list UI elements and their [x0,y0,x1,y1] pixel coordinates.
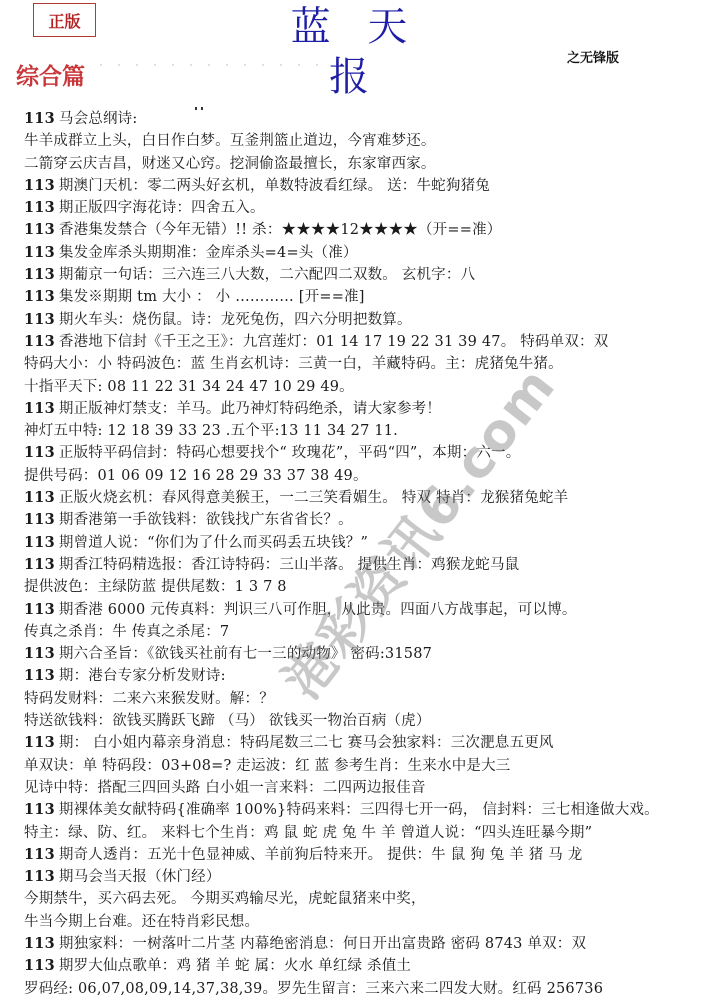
line-text: 期奇人透肖：五光十色显神威、羊前狗后特来开。 提供：牛 鼠 狗 兔 羊 猪 马 … [59,847,583,863]
issue-number: 113 [24,266,55,283]
text-line: 113马会总纲诗: [24,108,714,130]
issue-number: 113 [24,601,55,618]
line-text: 今期禁牛，买六码去死。 今期买鸡输尽光，虎蛇鼠猪来中奖， [24,891,426,907]
line-text: 期澳门天机：零二两头好玄机，单数特波看红绿。 送：牛蛇狗猪兔 [59,178,490,194]
issue-number: 113 [24,534,55,551]
text-line: 见诗中特：搭配三四回头路 白小姐一言来料：二四两边报佳音 [24,777,714,799]
line-text: 期罗大仙点歌单：鸡 猪 羊 蛇 属：火水 单红绿 杀值土 [59,958,411,974]
issue-number: 113 [24,311,55,328]
text-line: 牛羊成群立上头，白日作白梦。互釜荆篮止道边，今宵难梦还。 [24,130,714,152]
issue-number: 113 [24,667,55,684]
issue-number: 113 [24,801,55,818]
line-text: 提供波色：主绿防蓝 提供尾数：1 3 7 8 [24,579,287,595]
line-text: 期香江特码精选报：香江诗特码：三山半落。 提供生肖：鸡猴龙蛇马鼠 [59,557,520,573]
text-line: 特码大小：小 特码波色：蓝 生肖玄机诗：三黄一白，羊藏特码。主：虎猪兔牛猪。 [24,353,714,375]
issue-number: 113 [24,333,55,350]
issue-number: 113 [24,957,55,974]
line-text: 牛羊成群立上头，白日作白梦。互釜荆篮止道边，今宵难梦还。 [24,133,436,149]
text-line: 提供波色：主绿防蓝 提供尾数：1 3 7 8 [24,576,714,598]
text-line: 113集发※期期 tm 大小 ： 小 ………… [开==准] [24,286,714,308]
line-text: 单双诀：单 特码段：03+08=? 走运波：红 蓝 参考生肖：生来水中是大三 [24,758,511,774]
text-line: 113期正版神灯禁支：羊马。此乃神灯特码绝杀，请大家参考！ [24,398,714,420]
line-text: 期裸体美女献特码{准确率 100%}特码来料：三四得七开一码， 信封料：三七相逢… [59,802,659,818]
issue-number: 113 [24,199,55,216]
line-text: 期马会当天报（休门经） [59,869,221,885]
text-line: 113期奇人透肖：五光十色显神威、羊前狗后特来开。 提供：牛 鼠 狗 兔 羊 猪… [24,844,714,866]
text-line: 113期香港 6000 元传真料：判识三八可作胆，从此贵。四面八方战事起，可以博… [24,599,714,621]
line-text: 期正版神灯禁支：羊马。此乃神灯特码绝杀，请大家参考！ [59,401,441,417]
text-line: 特送欲钱料：欲钱买腾跃飞蹄 （马） 欲钱买一物治百病（虎） [24,710,714,732]
line-text: 期六合圣旨：《欲钱买社前有七一三的动物》 密码:31587 [59,646,432,662]
section-title: 综合篇 [16,58,85,91]
text-line: 113期独家料：一树落叶二片茎 内幕绝密消息：何日开出富贵路 密码 8743 单… [24,933,714,955]
text-line: 特码发财料：二来六来猴发财。解：？ [24,688,714,710]
issue-number: 113 [24,556,55,573]
line-text: 期曾道人说：“你们为了什么而买码丢五块钱？” [59,535,368,551]
issue-number: 113 [24,110,55,127]
masthead-title: 蓝 天 报 [255,2,455,102]
line-text: 期独家料：一树落叶二片茎 内幕绝密消息：何日开出富贵路 密码 8743 单双：双 [59,936,586,952]
line-text: 马会总纲诗: [59,111,138,127]
line-text: 香港地下信封《千王之王》：九宫莲灯：01 14 17 19 22 31 39 4… [59,334,609,350]
scan-noise-divider [100,64,320,66]
text-line: 提供号码：01 06 09 12 16 28 29 33 37 38 49。 [24,465,714,487]
line-text: 期火车头：烧伤鼠。诗：龙死兔伤，四六分明把数算。 [59,312,412,328]
line-text: 二箭穿云庆吉昌，财迷又心窍。挖洞偷盗最擅长，东家窜西家。 [24,156,436,172]
text-line: 113集发金库杀头期期准：金库杀头=4=头（准） [24,242,714,264]
line-text: 提供号码：01 06 09 12 16 28 29 33 37 38 49。 [24,468,368,484]
text-line: 113期葡京一句话：三六连三八大数，二六配四二双数。 玄机字：八 [24,264,714,286]
line-text: 见诗中特：搭配三四回头路 白小姐一言来料：二四两边报佳音 [24,780,426,796]
line-text: 特码大小：小 特码波色：蓝 生肖玄机诗：三黄一白，羊藏特码。主：虎猪兔牛猪。 [24,356,563,372]
line-text: 正版特平码信封：特码心想要找个“ 玫瑰花”，平码“四”，本期：六一。 [59,445,521,461]
line-text: 十指平天下: 08 11 22 31 34 24 47 10 29 49。 [24,379,354,395]
text-line: 十指平天下: 08 11 22 31 34 24 47 10 29 49。 [24,376,714,398]
text-line: 牛当今期上台难。还在特肖彩民想。 [24,911,714,933]
issue-number: 113 [24,288,55,305]
article-body: 113马会总纲诗:牛羊成群立上头，白日作白梦。互釜荆篮止道边，今宵难梦还。二箭穿… [24,108,714,995]
text-line: 113正版特平码信封：特码心想要找个“ 玫瑰花”，平码“四”，本期：六一。 [24,442,714,464]
line-text: 期正版四字海花诗：四舍五入。 [59,200,265,216]
text-line: 113正版火烧玄机：春风得意美猴王，一二三笑看媚生。 特双 特肖：龙猴猪兔蛇羊 [24,487,714,509]
text-line: 神灯五中特: 12 18 39 33 23 .五个平:13 11 34 27 1… [24,420,714,442]
authentic-stamp: 正版 [33,3,96,37]
text-line: 113期罗大仙点歌单：鸡 猪 羊 蛇 属：火水 单红绿 杀值土 [24,955,714,977]
issue-number: 113 [24,511,55,528]
line-text: 期葡京一句话：三六连三八大数，二六配四二双数。 玄机字：八 [59,267,475,283]
issue-number: 113 [24,868,55,885]
text-line: 113期澳门天机：零二两头好玄机，单数特波看红绿。 送：牛蛇狗猪兔 [24,175,714,197]
text-line: 单双诀：单 特码段：03+08=? 走运波：红 蓝 参考生肖：生来水中是大三 [24,755,714,777]
text-line: 二箭穿云庆吉昌，财迷又心窍。挖洞偷盗最擅长，东家窜西家。 [24,153,714,175]
text-line: 罗码经: 06,07,08,09,14,37,38,39。罗先生留言：三来六来二… [24,978,714,995]
text-line: 113期曾道人说：“你们为了什么而买码丢五块钱？” [24,532,714,554]
issue-number: 113 [24,221,55,238]
text-line: 113期：港台专家分析发财诗: [24,665,714,687]
text-line: 特主：绿、防、红。 来料七个生肖：鸡 鼠 蛇 虎 兔 牛 羊 曾道人说：“四头连… [24,822,714,844]
issue-number: 113 [24,489,55,506]
line-text: 罗码经: 06,07,08,09,14,37,38,39。罗先生留言：三来六来二… [24,981,603,995]
line-text: 牛当今期上台难。还在特肖彩民想。 [24,914,259,930]
line-text: 神灯五中特: 12 18 39 33 23 .五个平:13 11 34 27 1… [24,423,398,439]
line-text: 期：港台专家分析发财诗: [59,668,226,684]
text-line: 113期香江特码精选报：香江诗特码：三山半落。 提供生肖：鸡猴龙蛇马鼠 [24,554,714,576]
text-line: 113期： 白小姐内幕亲身消息：特码尾数三二七 赛马会独家料：三次淝息五更风 [24,732,714,754]
issue-number: 113 [24,734,55,751]
text-line: 113期裸体美女献特码{准确率 100%}特码来料：三四得七开一码， 信封料：三… [24,799,714,821]
text-line: 113期六合圣旨：《欲钱买社前有七一三的动物》 密码:31587 [24,643,714,665]
issue-number: 113 [24,177,55,194]
line-text: 传真之杀肖：牛 传真之杀尾：7 [24,624,229,640]
line-text: 香港集发禁合（今年无错）!! 杀：★★★★12★★★★（开==准） [59,222,502,238]
line-text: 期香港第一手欲钱料：欲钱找广东省省长？。 [59,512,353,528]
issue-number: 113 [24,444,55,461]
line-text: 特码发财料：二来六来猴发财。解：？ [24,691,274,707]
issue-number: 113 [24,935,55,952]
line-text: 集发金库杀头期期准：金库杀头=4=头（准） [59,245,358,261]
issue-number: 113 [24,846,55,863]
text-line: 113期火车头：烧伤鼠。诗：龙死兔伤，四六分明把数算。 [24,309,714,331]
text-line: 113期马会当天报（休门经） [24,866,714,888]
line-text: 集发※期期 tm 大小 ： 小 ………… [开==准] [59,289,365,305]
text-line: 113期香港第一手欲钱料：欲钱找广东省省长？。 [24,509,714,531]
line-text: 期香港 6000 元传真料：判识三八可作胆，从此贵。四面八方战事起，可以博。 [59,602,577,618]
text-line: 113香港集发禁合（今年无错）!! 杀：★★★★12★★★★（开==准） [24,219,714,241]
text-line: 传真之杀肖：牛 传真之杀尾：7 [24,621,714,643]
edition-label: 之无锋版 [567,47,619,66]
line-text: 特送欲钱料：欲钱买腾跃飞蹄 （马） 欲钱买一物治百病（虎） [24,713,431,729]
issue-number: 113 [24,400,55,417]
text-line: 113期正版四字海花诗：四舍五入。 [24,197,714,219]
line-text: 期： 白小姐内幕亲身消息：特码尾数三二七 赛马会独家料：三次淝息五更风 [59,735,554,751]
text-line: 113香港地下信封《千王之王》：九宫莲灯：01 14 17 19 22 31 3… [24,331,714,353]
text-line: 今期禁牛，买六码去死。 今期买鸡输尽光，虎蛇鼠猪来中奖， [24,888,714,910]
line-text: 特主：绿、防、红。 来料七个生肖：鸡 鼠 蛇 虎 兔 牛 羊 曾道人说：“四头连… [24,825,592,841]
line-text: 正版火烧玄机：春风得意美猴王，一二三笑看媚生。 特双 特肖：龙猴猪兔蛇羊 [59,490,568,506]
issue-number: 113 [24,244,55,261]
issue-number: 113 [24,645,55,662]
